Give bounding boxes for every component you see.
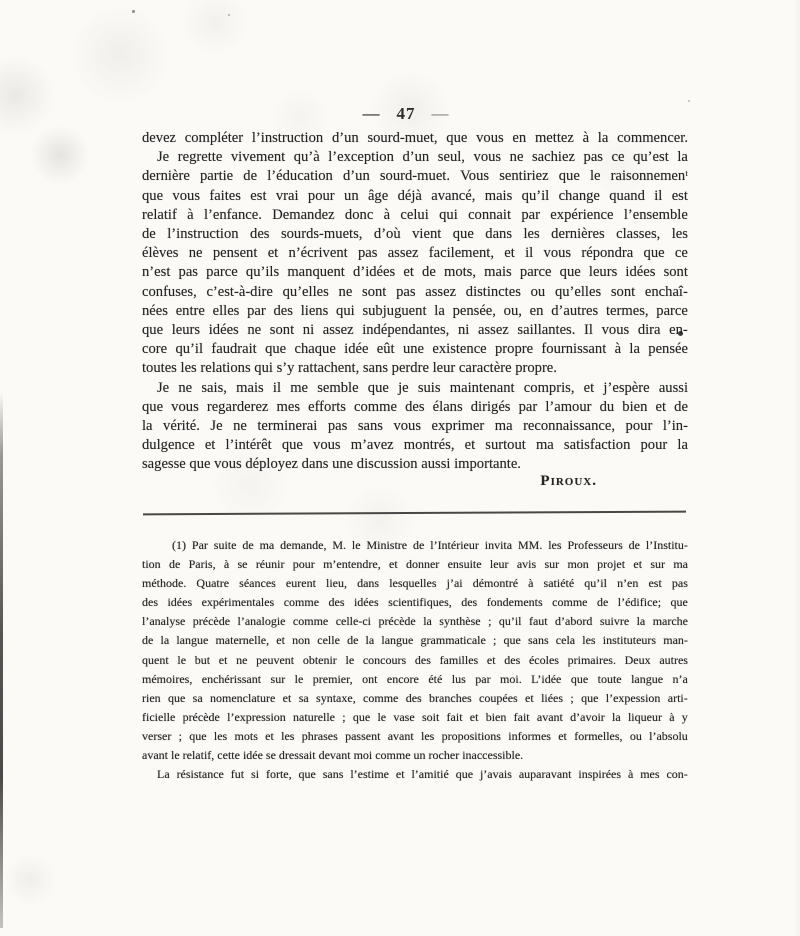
text-line: l’analyseprécèdel’analogiecommecelle-cip… xyxy=(142,612,688,631)
scan-speck xyxy=(228,14,230,16)
text-line: quevousfaitesestvraipourunâgedéjàavancé,… xyxy=(142,187,688,206)
text-line: queleursidéesnesontniassezindépendantes,… xyxy=(142,321,688,340)
scan-speck xyxy=(688,100,690,102)
signature: Piroux. xyxy=(142,473,688,490)
text-line: corequ’ilfaudraitquechaqueidéeeûtuneexis… xyxy=(142,340,688,359)
scan-speck xyxy=(132,10,135,13)
text-line: del’instructiondessourds-muets,d’oùvient… xyxy=(142,225,688,244)
paragraph: devezcompléterl’instructiond’unsourd-mue… xyxy=(142,129,688,148)
text-line: (1)Parsuitedemademande,M.leMinistredel’I… xyxy=(142,536,688,555)
text-line: verser;quelesmotsetlesphrasespassentavan… xyxy=(142,727,688,746)
text-line: dulgenceetl’intérêtquevousm’avezmontrés,… xyxy=(142,436,688,455)
text-line: Larésistancefutsiforte,quesansl’estimeet… xyxy=(142,765,688,784)
text-line: relatifàl’enfance.Demandezdoncàceluiquic… xyxy=(142,206,688,225)
text-line: desidéesexpérimentalescommedesidéesscien… xyxy=(142,593,688,612)
paragraph: (1)Parsuitedemademande,M.leMinistredel’I… xyxy=(142,536,688,765)
text-line: ficielleprécèdel’expressionnaturelle;que… xyxy=(142,708,688,727)
text-line: dernièrepartiedel’éducationd’unsourd-mue… xyxy=(142,167,688,186)
text-line: rienquesanomenclatureetsasyntaxe,commede… xyxy=(142,689,688,708)
text-line: mémoires,enchérissantsurlepremier,ontenc… xyxy=(142,670,688,689)
footnote-separator-rule xyxy=(143,511,686,515)
text-line: néesentreellespardesliensquisubjuguentla… xyxy=(142,302,688,321)
text-line: n’estpasparcequ’ilsmanquentd’idéesetdemo… xyxy=(142,263,688,282)
text-line: confuses,c’est-à-direqu’ellesnesontpasas… xyxy=(142,283,688,302)
footnote-text: (1)Parsuitedemademande,M.leMinistredel’I… xyxy=(142,536,688,784)
text-line: quentlebutetnepeuventobtenirleconcoursde… xyxy=(142,651,688,670)
text-line: élèvesnepensentetn’écriventpasassezfacil… xyxy=(142,244,688,263)
paragraph: Larésistancefutsiforte,quesansl’estimeet… xyxy=(142,765,688,784)
text-line: quevousregarderezmeseffortscommedesélans… xyxy=(142,398,688,417)
letter-body-text: devezcompléterl’instructiond’unsourd-mue… xyxy=(142,129,688,475)
text-line: toutes les relations qui s’y rattachent,… xyxy=(142,359,688,378)
text-line: tiondeParis,àseréunirpourm’entendre,etdo… xyxy=(142,555,688,574)
text-line: lavérité.Jenetermineraipassansvousexprim… xyxy=(142,417,688,436)
text-line: Jenesais,maisilmesemblequejesuismaintena… xyxy=(142,379,688,398)
text-line: devezcompléterl’instructiond’unsourd-mue… xyxy=(142,129,688,148)
page-number: —47— xyxy=(6,104,800,124)
text-line: delalanguematernelle,etnoncelledelalangu… xyxy=(142,631,688,650)
page-number-dash-left: — xyxy=(363,104,381,123)
paragraph: Jeregrettevivementqu’àl’exceptiond’unseu… xyxy=(142,148,688,378)
scanned-page: —47— devezcompléterl’instructiond’unsour… xyxy=(0,0,800,936)
page-number-value: 47 xyxy=(397,104,416,123)
scan-edge-line xyxy=(0,392,3,928)
text-line: Jeregrettevivementqu’àl’exceptiond’unseu… xyxy=(142,148,688,167)
text-line: avant le relatif, cette idée se dressait… xyxy=(142,746,688,765)
text-line: méthode.Quatreséanceseurentlieu,danslesq… xyxy=(142,574,688,593)
paragraph: Jenesais,maisilmesemblequejesuismaintena… xyxy=(142,379,688,475)
page-number-dash-right: — xyxy=(432,104,450,123)
text-line: sagesse que vous déployez dans une discu… xyxy=(142,455,688,474)
